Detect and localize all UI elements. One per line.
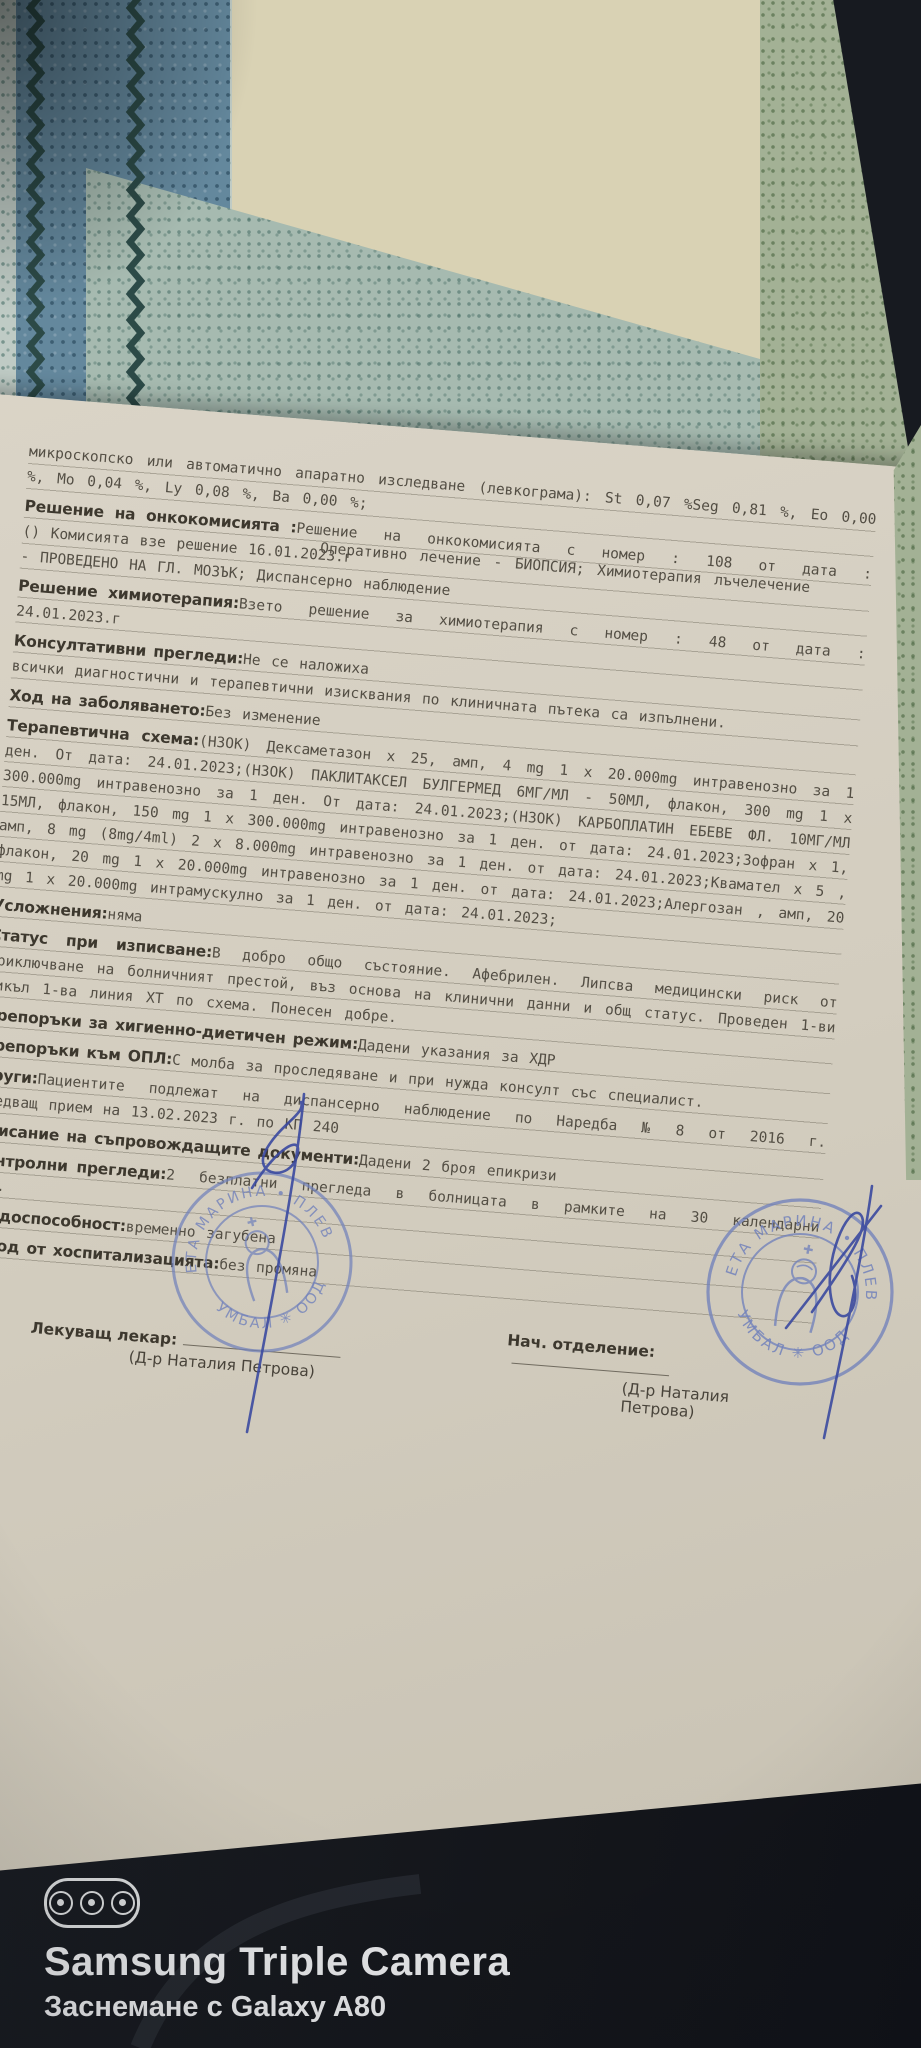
triple-camera-icon — [44, 1878, 140, 1928]
document-lines: микроскопско или автоматично апаратно из… — [0, 440, 877, 1326]
complications-line-label: Усложнения: — [0, 896, 108, 923]
head-of-department-signature-block: Нач. отделение: (Д-р Наталия Петрова) — [502, 1331, 809, 1430]
hospitalization-outcome-value: без промяна — [219, 1257, 318, 1281]
work-capacity-value: временно загубена — [125, 1219, 276, 1247]
attending-doctor-label: Лекуващ лекар: — [30, 1319, 178, 1349]
camera-lens-icon — [80, 1891, 104, 1915]
camera-lens-icon — [49, 1891, 73, 1915]
disease-course-line-value: Без изменение — [205, 704, 321, 729]
work-capacity-label: Трудоспособност: — [0, 1205, 127, 1236]
camera-lens-icon — [111, 1891, 135, 1915]
complications-line-value: няма — [107, 907, 143, 926]
head-of-department-label: Нач. отделение: — [507, 1331, 656, 1361]
watermark-title: Samsung Triple Camera — [44, 1940, 510, 1985]
head-of-department-name: (Д-р Наталия Петрова) — [620, 1380, 806, 1431]
camera-watermark: Samsung Triple Camera Заснемане с Galaxy… — [44, 1878, 510, 2024]
other-line-label: Други: — [0, 1065, 38, 1088]
watermark-subtitle: Заснемане с Galaxy A80 — [44, 1991, 510, 2024]
signature-line — [511, 1363, 669, 1377]
photo-of-medical-document: микроскопско или автоматично апаратно из… — [0, 0, 921, 2048]
document-body: микроскопско или автоматично апаратно из… — [0, 440, 877, 1485]
attending-doctor-signature-block: Лекуващ лекар: (Д-р Наталия Петрова) — [28, 1319, 341, 1383]
attending-doctor-name: (Д-р Наталия Петрова) — [128, 1348, 340, 1383]
